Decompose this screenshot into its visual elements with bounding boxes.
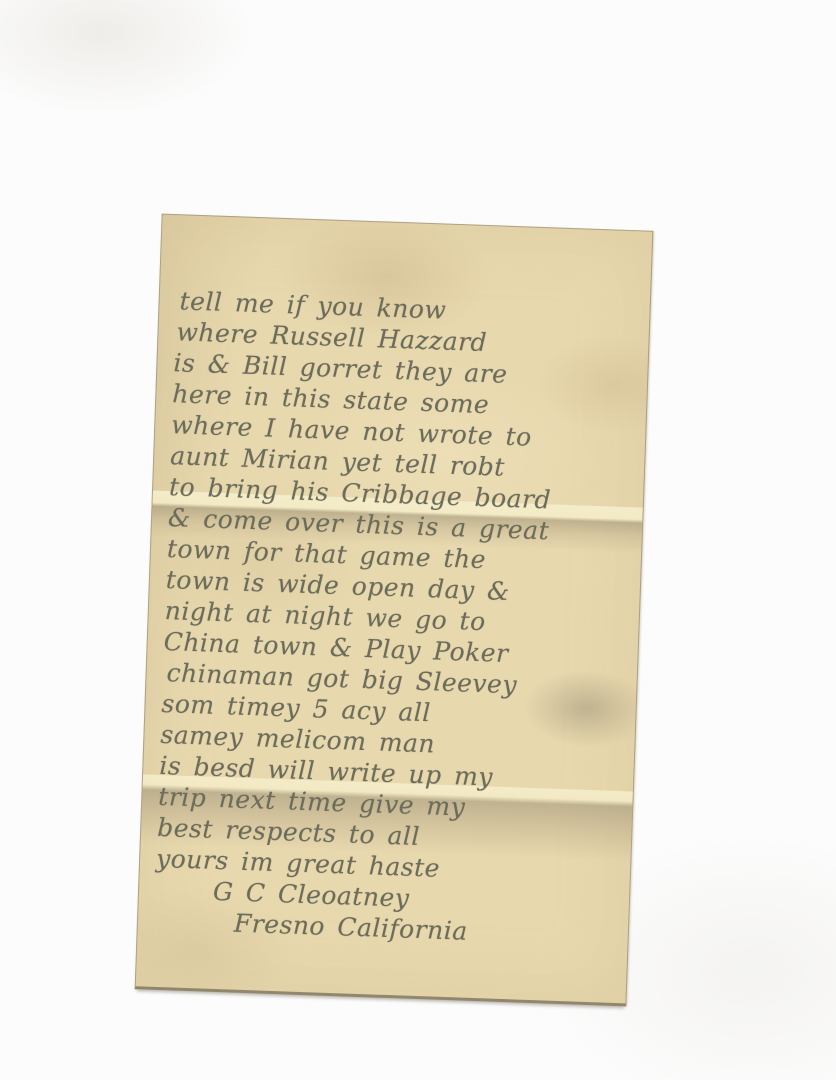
scanned-letter-photo: tell me if you knowwhere Russell Hazzard… (0, 0, 836, 1080)
letter-text: tell me if you knowwhere Russell Hazzard… (153, 285, 637, 952)
letter-paper: tell me if you knowwhere Russell Hazzard… (135, 214, 654, 1007)
